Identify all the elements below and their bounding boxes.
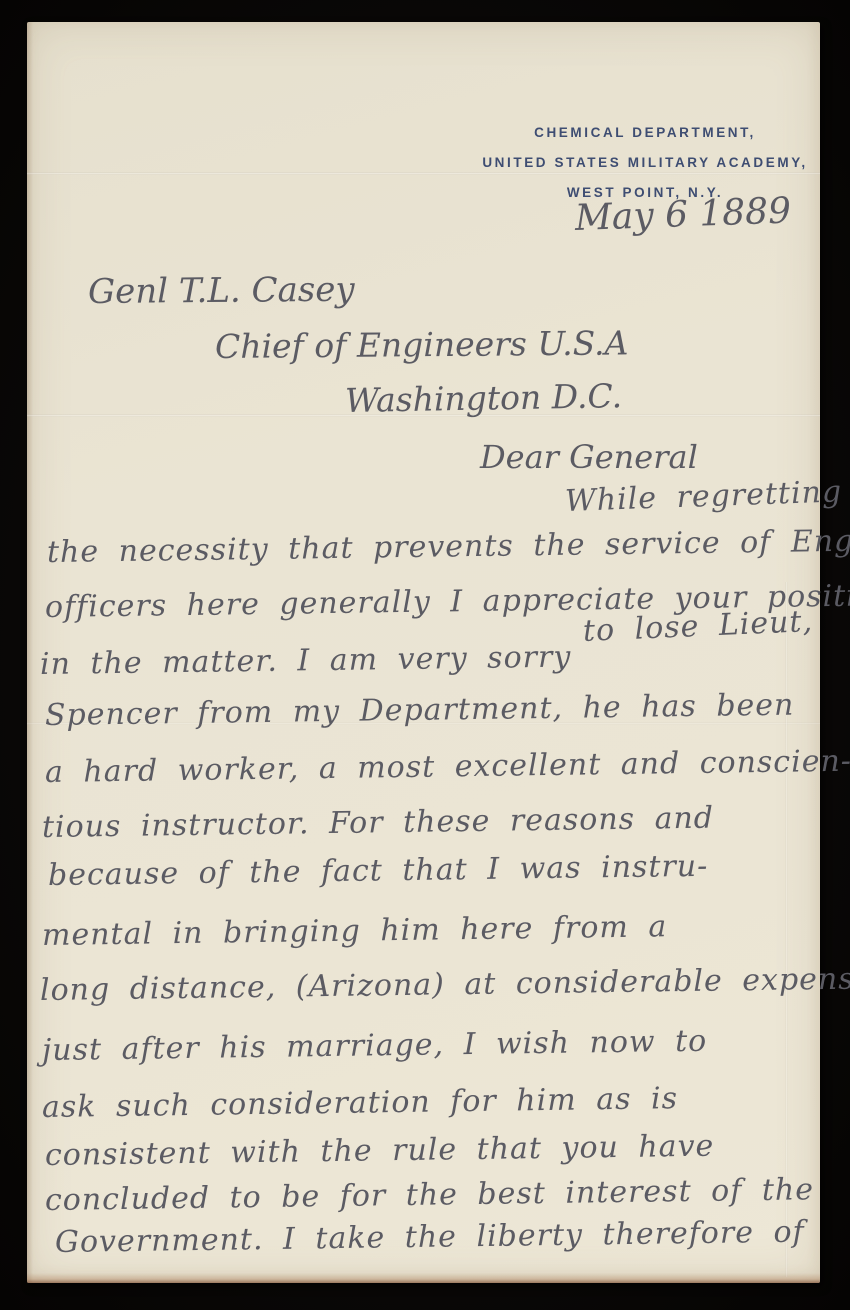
- recipient-city: Washington D.C.: [345, 376, 623, 420]
- body-line-8: because of the fact that I was instru-: [48, 849, 709, 893]
- body-line-1: the necessity that prevents the service …: [47, 523, 850, 570]
- body-line-6: a hard worker, a most excellent and cons…: [45, 744, 850, 790]
- body-line-11: just after his marriage, I wish now to: [42, 1024, 708, 1068]
- body-line-13: consistent with the rule that you have: [45, 1129, 715, 1173]
- body-line-12: ask such consideration for him as is: [42, 1081, 678, 1125]
- body-line-15: Government. I take the liberty therefore…: [55, 1215, 805, 1260]
- letterhead-department: CHEMICAL DEPARTMENT,: [430, 118, 850, 148]
- body-line-0: While regretting: [564, 474, 842, 519]
- letterhead-institution: UNITED STATES MILITARY ACADEMY,: [430, 148, 850, 178]
- body-line-5: Spencer from my Department, he has been: [45, 688, 795, 733]
- body-line-14: concluded to be for the best interest of…: [45, 1172, 814, 1218]
- recipient-title: Chief of Engineers U.S.A: [215, 323, 629, 366]
- body-line-10: long distance, (Arizona) at considerable…: [40, 961, 850, 1008]
- letter-page: CHEMICAL DEPARTMENT, UNITED STATES MILIT…: [27, 22, 820, 1283]
- body-line-3: in the matter. I am very sorry: [40, 640, 572, 682]
- salutation: Dear General: [480, 438, 698, 476]
- body-line-7: tious instructor. For these reasons and: [42, 801, 714, 845]
- handwritten-date: May 6 1889: [574, 190, 791, 239]
- body-line-9: mental in bringing him here from a: [42, 909, 668, 953]
- scan-background: CHEMICAL DEPARTMENT, UNITED STATES MILIT…: [0, 0, 850, 1310]
- recipient-name: Genl T.L. Casey: [88, 270, 355, 312]
